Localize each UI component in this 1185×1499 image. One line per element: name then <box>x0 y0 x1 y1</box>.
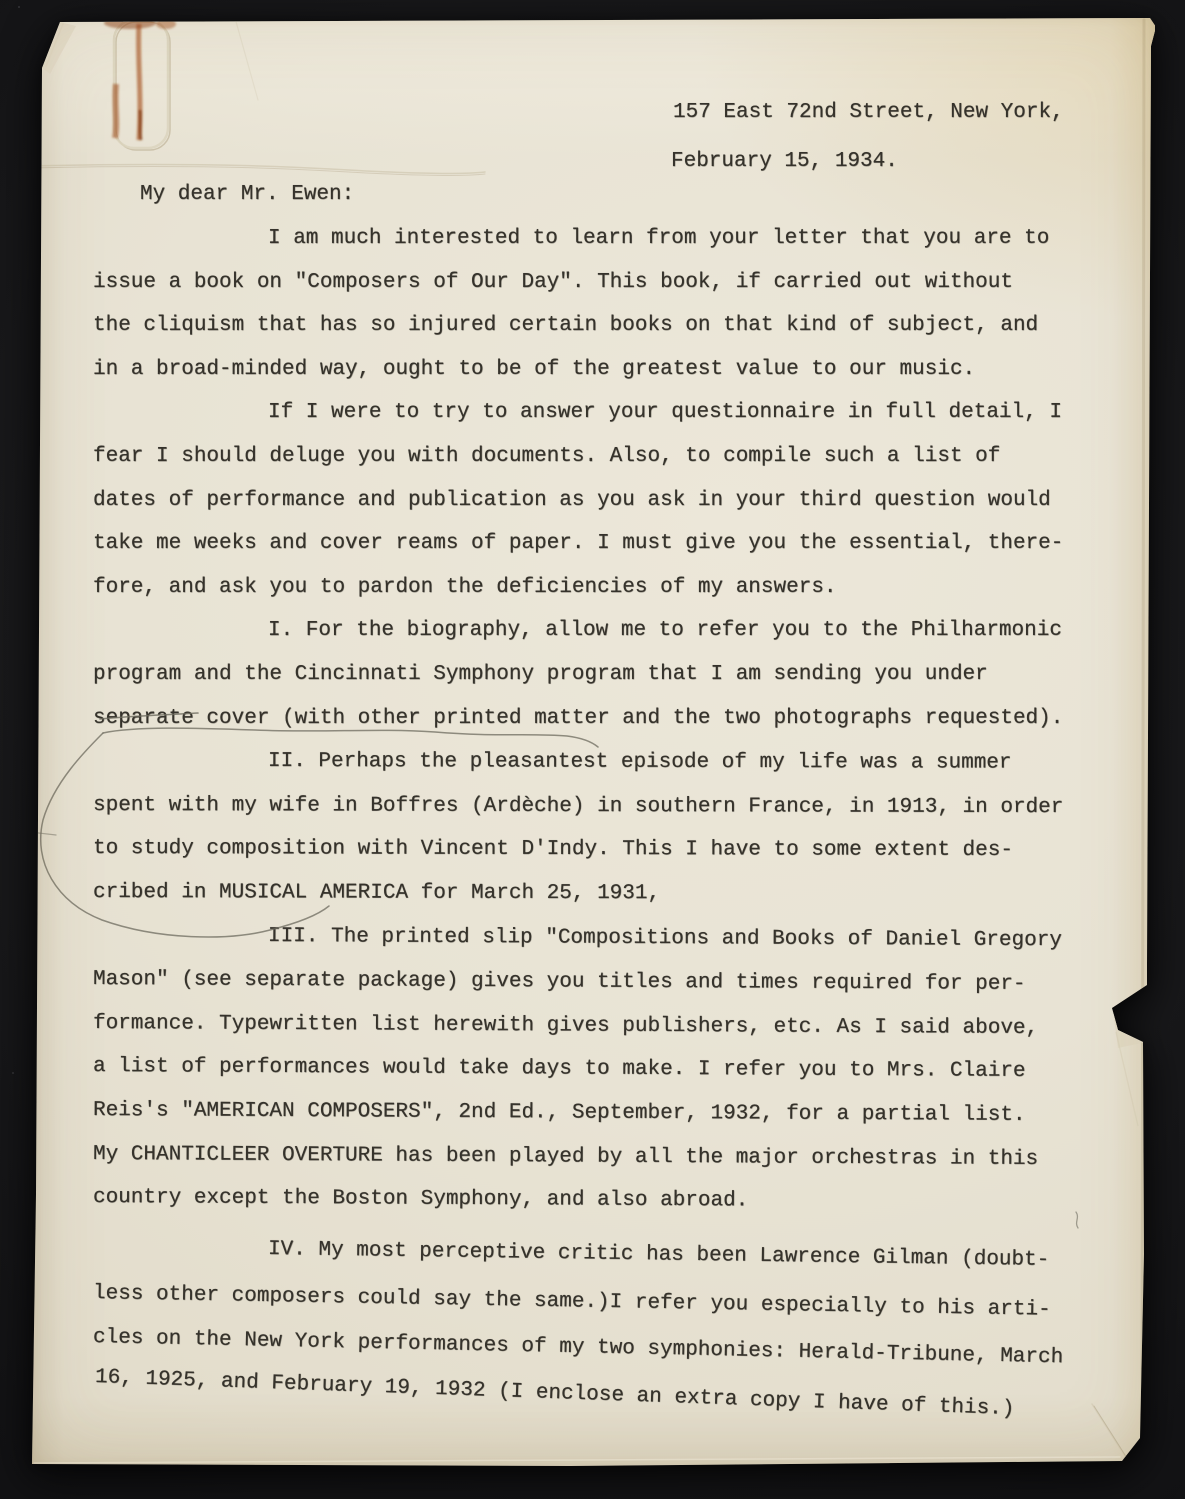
letter-line: issue a book on "Composers of Our Day". … <box>93 271 1013 295</box>
letter-line: If I were to try to answer your question… <box>268 401 1062 425</box>
dust-speck <box>18 6 20 8</box>
letter-line: cles on the New York performances of my … <box>93 1326 1064 1370</box>
letter-line: the cliquism that has so injured certain… <box>93 314 1038 338</box>
letter-line: to study composition with Vincent D'Indy… <box>93 837 1013 863</box>
letter-line: Reis's "AMERICAN COMPOSERS", 2nd Ed., Se… <box>93 1099 1026 1128</box>
letter-line: a list of performances would take days t… <box>93 1055 1026 1084</box>
address-line: 157 East 72nd Street, New York, <box>673 101 1064 125</box>
letter-line: II. Perhaps the pleasantest episode of m… <box>268 750 1012 776</box>
letter-line: program and the Cincinnati Symphony prog… <box>93 663 988 687</box>
letter-body: 157 East 72nd Street, New York, February… <box>30 14 1155 1469</box>
letter-line: 16, 1925, and February 19, 1932 (I enclo… <box>95 1366 1015 1422</box>
letter-line: I. For the biography, allow me to refer … <box>268 619 1062 643</box>
letter-line: IV. My most perceptive critic has been L… <box>268 1238 1050 1273</box>
letter-line: cribed in MUSICAL AMERICA for March 25, … <box>93 881 660 906</box>
date-line: February 15, 1934. <box>671 150 898 174</box>
letter-line: III. The printed slip "Compositions and … <box>268 925 1062 953</box>
letter-line: I am much interested to learn from your … <box>268 227 1049 251</box>
letter-line: fear I should deluge you with documents.… <box>93 445 1000 469</box>
letter-line: in a broad-minded way, ought to be of th… <box>93 358 975 382</box>
letter-page: 157 East 72nd Street, New York, February… <box>30 14 1155 1469</box>
salutation: My dear Mr. Ewen: <box>140 183 354 207</box>
letter-line: Mason" (see separate package) gives you … <box>93 968 1026 997</box>
letter-line: take me weeks and cover reams of paper. … <box>93 532 1063 556</box>
letter-document: 157 East 72nd Street, New York, February… <box>30 14 1155 1469</box>
letter-line: spent with my wife in Boffres (Ardèche) … <box>93 794 1063 820</box>
dust-speck <box>12 1072 14 1074</box>
letter-line: less other composers could say the same.… <box>93 1282 1051 1323</box>
letter-line: separate cover (with other printed matte… <box>93 707 1063 731</box>
letter-line: country except the Boston Symphony, and … <box>93 1186 748 1213</box>
letter-line: My CHANTICLEER OVERTURE has been played … <box>93 1143 1038 1172</box>
scan-background: 157 East 72nd Street, New York, February… <box>0 0 1185 1499</box>
letter-line: dates of performance and publication as … <box>93 489 1051 513</box>
letter-line: formance. Typewritten list herewith give… <box>93 1012 1038 1041</box>
letter-line: fore, and ask you to pardon the deficien… <box>93 576 837 600</box>
